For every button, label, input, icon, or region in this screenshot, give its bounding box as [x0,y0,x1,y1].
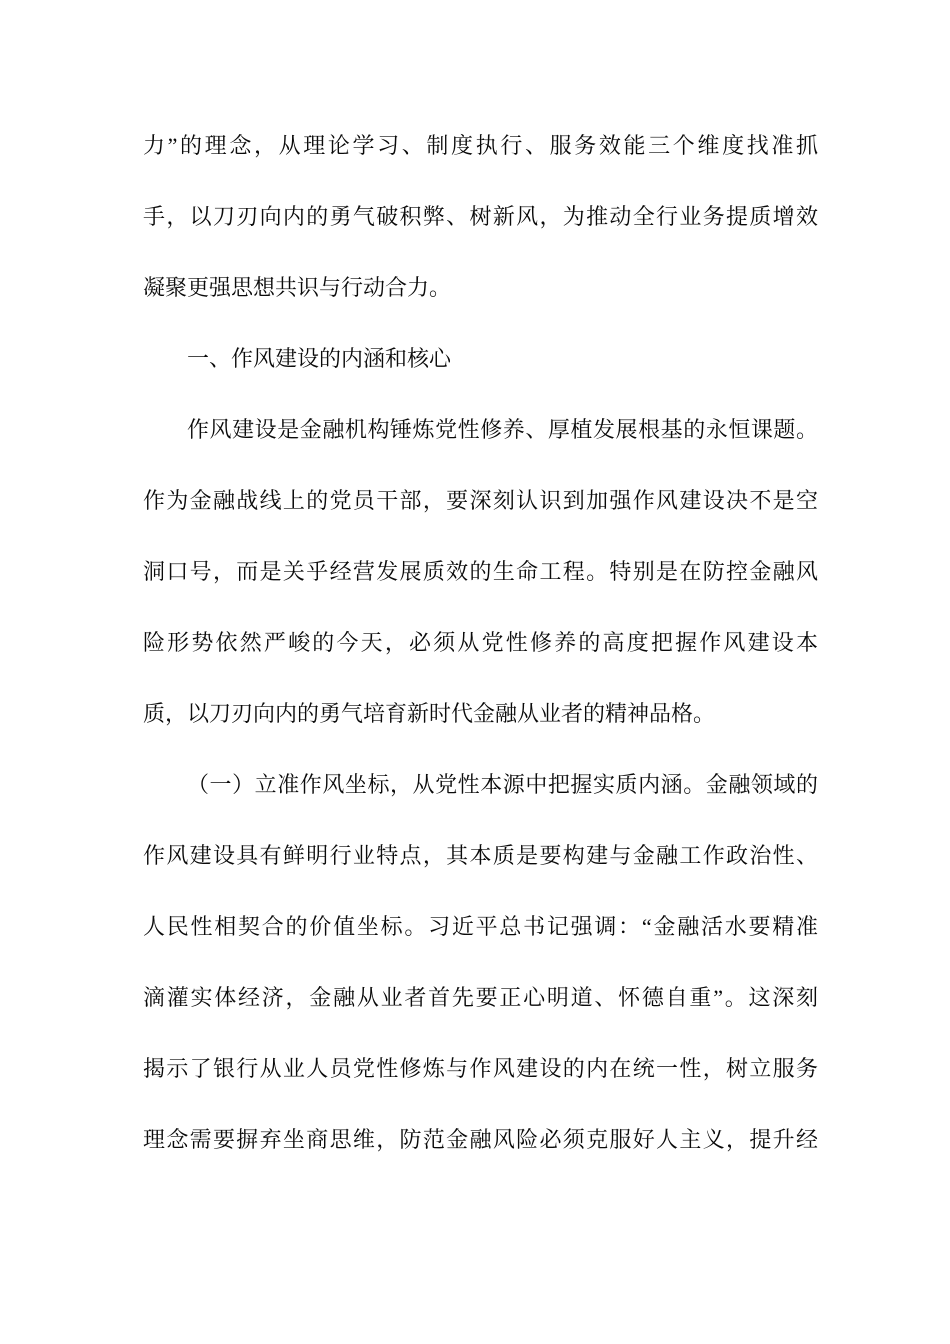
section-heading: 一、作风建设的内涵和核心 [143,323,818,394]
text-line: 洞口号，而是关乎经营发展质效的生命工程。特别是在防控金融风 [143,536,818,607]
text-line: 力”的理念，从理论学习、制度执行、服务效能三个维度找准抓 [143,110,818,181]
document-page: 力”的理念，从理论学习、制度执行、服务效能三个维度找准抓 手，以刀刃向内的勇气破… [0,0,950,1344]
text-line: 作风建设是金融机构锤炼党性修养、厚植发展根基的永恒课题。 [143,394,818,465]
text-line: 滴灌实体经济，金融从业者首先要正心明道、怀德自重”。这深刻 [143,962,818,1033]
text-line: 险形势依然严峻的今天，必须从党性修养的高度把握作风建设本 [143,607,818,678]
text-line: 人民性相契合的价值坐标。习近平总书记强调：“金融活水要精准 [143,891,818,962]
text-line: 作风建设具有鲜明行业特点，其本质是要构建与金融工作政治性、 [143,820,818,891]
document-body: 力”的理念，从理论学习、制度执行、服务效能三个维度找准抓 手，以刀刃向内的勇气破… [143,110,818,1175]
text-line: 揭示了银行从业人员党性修炼与作风建设的内在统一性，树立服务 [143,1033,818,1104]
text-line: （一）立准作风坐标，从党性本源中把握实质内涵。金融领域的 [143,749,818,820]
text-line: 凝聚更强思想共识与行动合力。 [143,252,818,323]
text-line: 作为金融战线上的党员干部，要深刻认识到加强作风建设决不是空 [143,465,818,536]
text-line: 质，以刀刃向内的勇气培育新时代金融从业者的精神品格。 [143,678,818,749]
text-line: 理念需要摒弃坐商思维，防范金融风险必须克服好人主义，提升经 [143,1104,818,1175]
text-line: 手，以刀刃向内的勇气破积弊、树新风，为推动全行业务提质增效 [143,181,818,252]
